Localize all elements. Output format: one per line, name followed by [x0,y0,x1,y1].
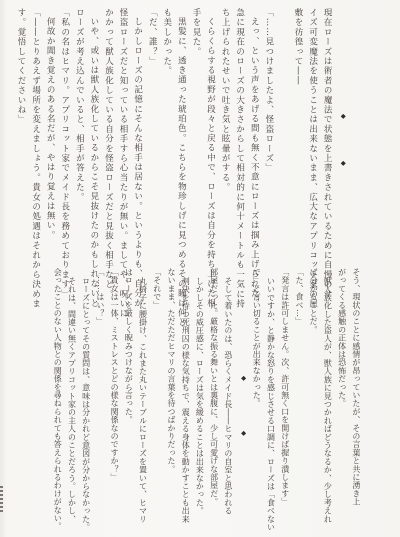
text-column: 部屋だった。厳格な振る舞いとは裏腹に、少し可愛げな部屋だ。 [211,268,220,530]
text-column: しかしその威圧感に、ローズは気を緩めることは出来なかった。 [196,268,205,530]
blank-column [40,268,49,530]
text-column: 何故か聞き覚えのある名だが、やはり覚えは無い。 [47,8,56,256]
blank-column [280,8,289,256]
scene-break-diamond-icon: ◆ [339,159,347,167]
text-column: 判決を待つ死刑囚の様な気持ちで、震える身体を動かすことも出来 [182,268,191,530]
text-column: 丸椅子に腰掛け、これまた丸いテーブルにローズを置いて、ヒマリ [140,268,149,530]
text-band-bottom: そう、現状のことに感情が昂っていたが、その言葉と共に湧き上がってくる感触の正体は… [40,268,362,530]
text-column: 「だ、誰？」 [149,8,158,256]
text-column: も美しかった。 [164,8,173,256]
text-column: ち上げられたせいで吐き気と眩暈がする。 [222,8,231,256]
scene-break-column: ◆◆ [339,8,348,256]
text-column: 「た、食べ…」 [296,268,305,530]
text-column: いいですか、と静かな怒りを感じさせる口調に、ローズは「食べない [268,268,277,530]
text-column: 手を見た。 [193,8,202,256]
text-column: それは、間違い無くアプリコット家の主人のことだろう。しかし、 [68,268,77,530]
page-number-smudge [0,486,3,512]
text-column: ば分かることだ。 [310,268,319,530]
text-column: はローズを厳しく睨みつけながら言った。 [125,268,134,530]
text-column: 現在ローズは術者の魔法で状態を上書きされているために自慢のサ [324,8,333,256]
text-column: 「貴女は一体、ミストレスとどの様な関係なのですか？」 [111,268,120,530]
text-column: す。覚悟してくださいね」 [18,8,27,256]
scene-break-diamond-icon: ◆ [240,429,248,437]
text-column: 「――とりあえず場所を変えましょう。貴女の処遇はそれから決めま [33,8,42,256]
text-column: しかしローズの記憶にそんな相手は居ない。というよりも、自分が [135,8,144,256]
text-column: ローズにとってその質問は、意味は分かれど意図が分からなかった。 [83,268,92,530]
text-band-top: ◆◆現在ローズは術者の魔法で状態を上書きされているために自慢のサイズ可変魔法を使… [18,8,348,256]
text-column: 「それで」 [154,268,163,530]
text-column: そして着いたのは、恐らくメイド長――ヒマリの自室と思われる [225,268,234,530]
text-column: 「発言は許可しません。次、許可無く口を開けば握り潰します」 [282,268,291,530]
text-column: ローズが考え込んでいると、相手が答えた。 [76,8,85,256]
text-column: がってくる感触の正体は恐怖だった。 [339,268,348,530]
text-column: 怪盗ローズだと知っている相手すら心当たりが無い。ましてや、呪いに [120,8,129,256]
text-column: 「私の名はヒマリ。アプリコット家でメイド長を務めております」 [62,8,71,256]
text-column: イズ可変魔法を使うことは出来ないまま、広大なアプリコット家の屋 [310,8,319,256]
text-column: で」と言い切ることが出来なかった。 [253,268,262,530]
text-column: えっ、という声をあげる間も無く不意にローズは掴み上げられた。 [251,8,260,256]
text-column: 黒髪に、透き通った琥珀色。こちらを物珍しげに見つめるその瞳は何と [178,8,187,256]
text-column: くらくらする視野が段々と戻る中で、ローズは自分を持ち上げた相 [208,8,217,256]
text-column: 獣人族化した盗人が、獣人族に見つかればどうなるか、少し考えれ [324,268,333,530]
text-column: いや、或いは獣人族化しているからこそ見抜けたのかもしれないと [91,8,100,256]
text-column: 「……はい？」 [97,268,106,530]
text-column: かかって獣人族化している自分を怪盗ローズだと見抜く相手など。 [105,8,114,256]
text-column: ないまま、ただただヒマリの言葉を待つばかりだった。 [168,268,177,530]
text-column: 「……見つけましたよ、怪盗ローズ」 [266,8,275,256]
text-column: 敷を彷徨って―― [295,8,304,256]
scene-break-diamond-icon: ◆ [240,374,248,382]
text-column: そう、現状のことに感情が昂っていたが、その言葉と共に湧き上 [353,268,362,530]
text-column: 急に現在のローズの大きさからして相対的に何十メートルも一気に持 [237,8,246,256]
scanned-page: ◆◆現在ローズは術者の魔法で状態を上書きされているために自慢のサイズ可変魔法を使… [0,0,400,537]
scene-break-column: ◆◆ [239,268,248,530]
scene-break-diamond-icon: ◆ [339,112,347,120]
text-column: 会ったことのない人物との関係を尋ねられても答えられるわけがない。 [54,268,63,530]
